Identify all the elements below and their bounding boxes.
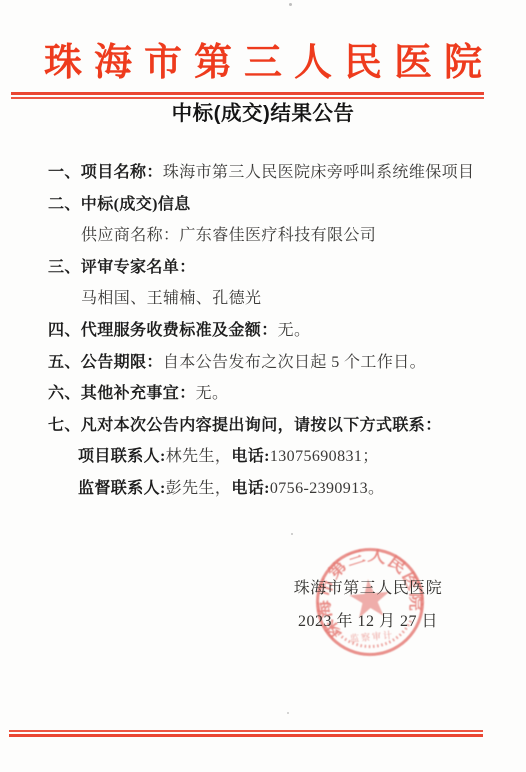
body-line-other-matters: 六、其他补充事宜：无。 (48, 378, 508, 410)
line-label: 五、公告期限： (48, 354, 163, 371)
line-label: 一、项目名称： (48, 164, 163, 181)
body-line-experts-heading: 三、评审专家名单： (48, 252, 508, 284)
line-phone-number: 13075690831； (270, 448, 379, 465)
signature-org: 珠海市第三人民医院 (270, 572, 466, 605)
line-text: 自本公告发布之次日起 5 个工作日。 (163, 354, 426, 371)
scan-artifact-dot (287, 712, 289, 714)
line-label: 项目联系人: (78, 448, 166, 465)
body-line-inquiry-heading: 七、凡对本次公告内容提出询问，请按以下方式联系： (48, 410, 508, 442)
signature-block: 珠海市第三人民医院 2023 年 12 月 27 日 (270, 572, 466, 638)
body-line-agency-fee: 四、代理服务收费标准及金额：无。 (48, 315, 508, 347)
footer-rule-thin (9, 730, 483, 732)
hospital-name-title: 珠海市第三人民医院 (0, 41, 526, 85)
signature-date: 2023 年 12 月 27 日 (270, 605, 466, 638)
line-text: 林先生， (166, 448, 232, 465)
body-line-notice-period: 五、公告期限：自本公告发布之次日起 5 个工作日。 (48, 347, 508, 379)
body-line-experts-names: 马相国、王辅楠、孔德光 (48, 283, 508, 315)
line-text: 无。 (196, 385, 229, 402)
header-rule-thin (11, 97, 484, 99)
body-line-supervisor-contact: 监督联系人:彭先生，电话:0756-2390913。 (48, 473, 508, 505)
line-label: 七、凡对本次公告内容提出询问，请按以下方式联系： (48, 417, 442, 434)
line-label: 三、评审专家名单： (48, 259, 196, 276)
line-phone-number: 0756-2390913。 (270, 480, 385, 497)
line-text: 彭先生， (166, 480, 232, 497)
line-label: 六、其他补充事宜： (48, 385, 196, 402)
announcement-title: 中标(成交)结果公告 (0, 100, 526, 128)
announcement-document: 珠海市第三人民医院 中标(成交)结果公告 一、项目名称：珠海市第三人民医院床旁呼… (0, 0, 526, 772)
body-line-project-name: 一、项目名称：珠海市第三人民医院床旁呼叫系统维保项目 (48, 157, 508, 189)
line-text: 供应商名称：广东睿佳医疗科技有限公司 (81, 227, 376, 244)
line-label-phone: 电话: (231, 448, 270, 465)
document-body: 一、项目名称：珠海市第三人民医院床旁呼叫系统维保项目 二、中标(成交)信息 供应… (48, 157, 508, 505)
line-label: 四、代理服务收费标准及金额： (48, 322, 278, 339)
line-text: 无。 (278, 322, 311, 339)
scan-artifact-dot (291, 533, 293, 535)
footer-rule-thick (9, 734, 483, 737)
header-rule-thick (11, 92, 484, 95)
body-line-supplier: 供应商名称：广东睿佳医疗科技有限公司 (48, 220, 508, 252)
line-label: 监督联系人: (78, 480, 166, 497)
line-label-phone: 电话: (231, 480, 270, 497)
line-label: 二、中标(成交)信息 (48, 196, 191, 213)
body-line-project-contact: 项目联系人:林先生，电话:13075690831； (48, 441, 508, 473)
line-text: 珠海市第三人民医院床旁呼叫系统维保项目 (163, 164, 475, 181)
scan-artifact-dot (289, 3, 292, 6)
line-text: 马相国、王辅楠、孔德光 (81, 290, 261, 307)
body-line-award-info: 二、中标(成交)信息 (48, 189, 508, 221)
